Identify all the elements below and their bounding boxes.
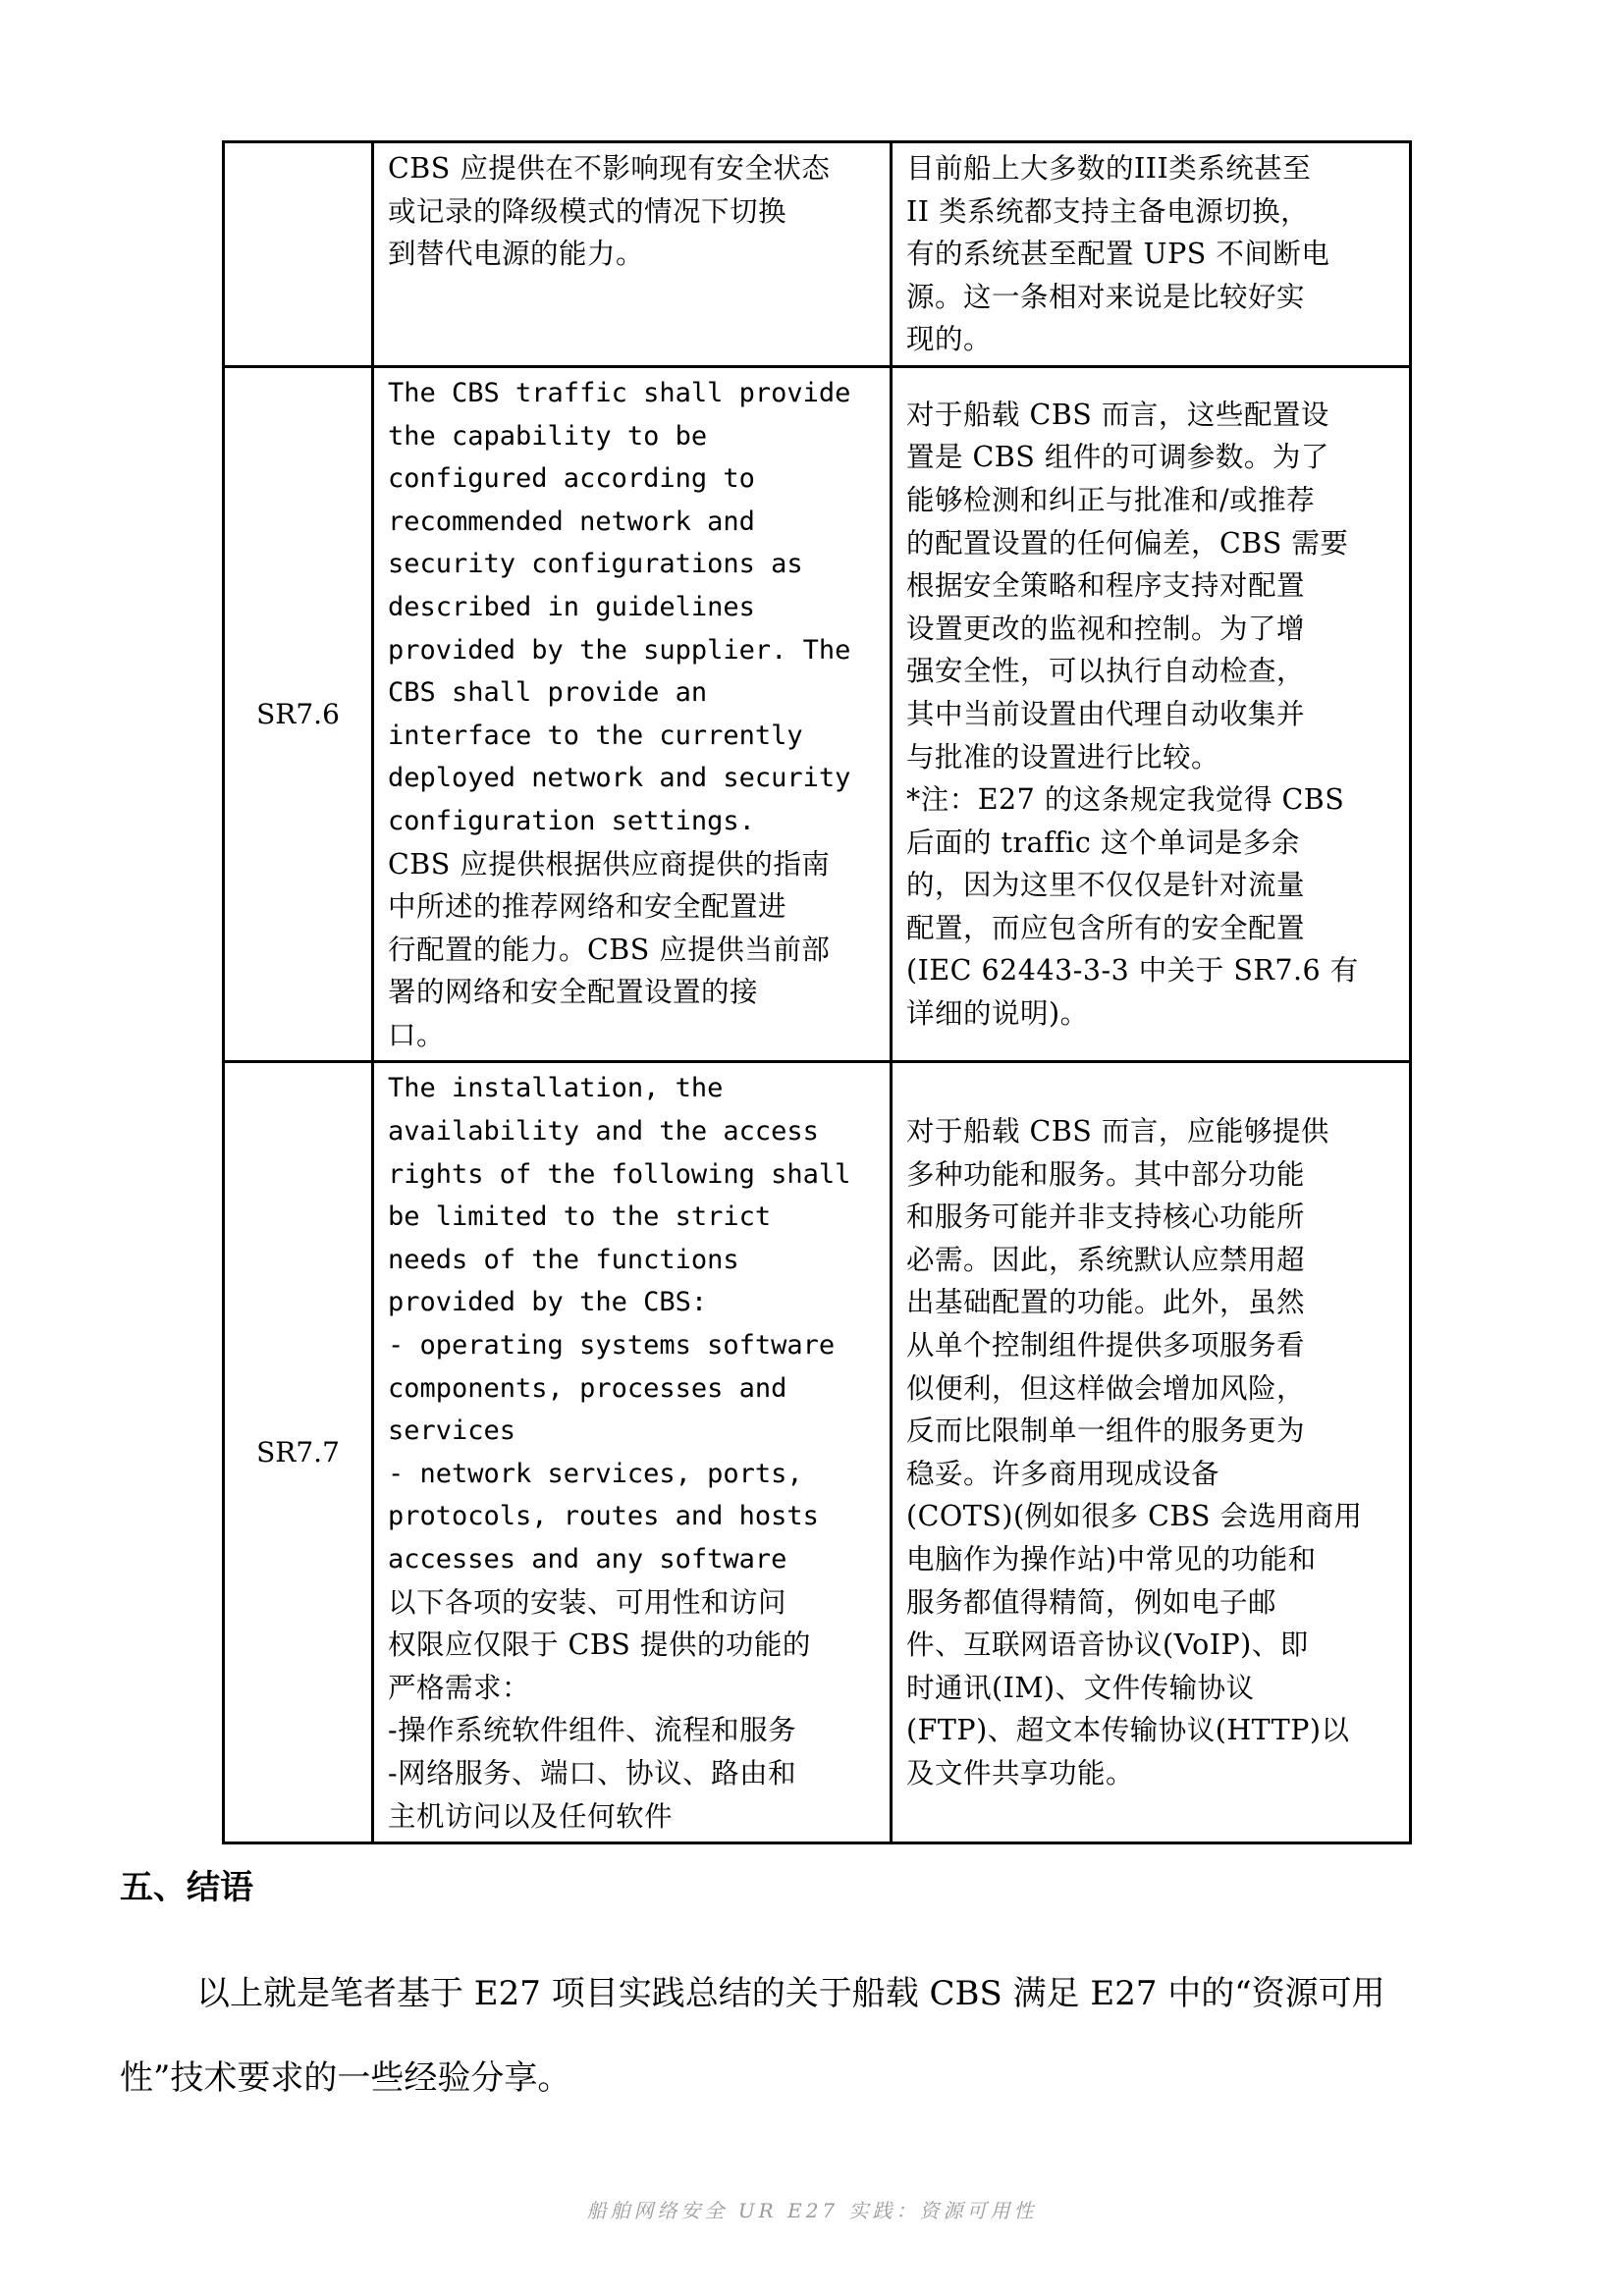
requirement-id-cell: SR7.6 (224, 366, 373, 1062)
text-line: 后面的 traffic 这个单词是多余 (906, 822, 1399, 865)
text-line: 出基础配置的功能。此外，虽然 (906, 1281, 1399, 1324)
text-line: security configurations as (388, 543, 880, 586)
text-line: (IEC 62443-3-3 中关于 SR7.6 有 (906, 949, 1399, 992)
text-line: 源。这一条相对来说是比较好实 (906, 276, 1399, 319)
text-line: rights of the following shall (388, 1153, 880, 1197)
text-line: 电脑作为操作站)中常见的功能和 (906, 1538, 1399, 1581)
table-row: SR7.6 The CBS traffic shall provide the … (224, 366, 1411, 1062)
text-line: (COTS)(例如很多 CBS 会选用商用 (906, 1495, 1399, 1538)
conclusion-paragraph: 以上就是笔者基于 E27 项目实践总结的关于船载 CBS 满足 E27 中的“资… (120, 1951, 1514, 2120)
text-line: the capability to be (388, 415, 880, 458)
text-line: components, processes and (388, 1367, 880, 1411)
text-line: 与批准的设置进行比较。 (906, 736, 1399, 779)
requirement-text: CBS 应提供在不影响现有安全状态 或记录的降级模式的情况下切换 到替代电源的能… (374, 143, 890, 280)
text-line: deployed network and security (388, 757, 880, 800)
text-line: CBS 应提供根据供应商提供的指南 (388, 843, 880, 886)
text-line: -操作系统软件组件、流程和服务 (388, 1709, 880, 1752)
text-line: CBS 应提供在不影响现有安全状态 (388, 147, 880, 190)
text-line: - operating systems software (388, 1324, 880, 1367)
text-line: 似便利，但这样做会增加风险， (906, 1367, 1399, 1411)
text-line: 件、互联网语音协议(VoIP)、即 (906, 1624, 1399, 1667)
requirement-text: The CBS traffic shall provide the capabi… (374, 368, 890, 1061)
text-line: The CBS traffic shall provide (388, 372, 880, 415)
requirements-table: CBS 应提供在不影响现有安全状态 或记录的降级模式的情况下切换 到替代电源的能… (222, 140, 1412, 1844)
requirement-text: The installation, the availability and t… (374, 1063, 890, 1842)
text-line: 多种功能和服务。其中部分功能 (906, 1153, 1399, 1197)
text-line: provided by the CBS: (388, 1281, 880, 1324)
text-line: 对于船载 CBS 而言，这些配置设 (906, 394, 1399, 437)
text-line: 对于船载 CBS 而言，应能够提供 (906, 1110, 1399, 1153)
commentary-cell: 目前船上大多数的III类系统甚至 II 类系统都支持主备电源切换， 有的系统甚至… (892, 142, 1411, 367)
text-line: 服务都值得精简，例如电子邮 (906, 1581, 1399, 1625)
text-line: 详细的说明)。 (906, 992, 1399, 1036)
text-line: 以下各项的安装、可用性和访问 (388, 1581, 880, 1625)
text-line: 和服务可能并非支持核心功能所 (906, 1196, 1399, 1239)
text-line: 署的网络和安全配置设置的接 (388, 971, 880, 1014)
text-line: services (388, 1410, 880, 1453)
text-line: provided by the supplier. The (388, 629, 880, 672)
requirement-cell: CBS 应提供在不影响现有安全状态 或记录的降级模式的情况下切换 到替代电源的能… (373, 142, 892, 367)
text-line: 目前船上大多数的III类系统甚至 (906, 147, 1399, 190)
requirement-cell: The CBS traffic shall provide the capabi… (373, 366, 892, 1062)
text-line: CBS shall provide an (388, 671, 880, 715)
text-line: 行配置的能力。CBS 应提供当前部 (388, 929, 880, 972)
text-line: 口。 (388, 1014, 880, 1057)
text-line: The installation, the (388, 1067, 880, 1110)
text-line: 能够检测和纠正与批准和/或推荐 (906, 479, 1399, 522)
text-line: 根据安全策略和程序支持对配置 (906, 564, 1399, 608)
text-line: 严格需求： (388, 1667, 880, 1710)
paragraph-line: 以上就是笔者基于 E27 项目实践总结的关于船载 CBS 满足 E27 中的“资… (120, 1951, 1514, 2036)
text-line: 强安全性，可以执行自动检查， (906, 650, 1399, 693)
text-line: 或记录的降级模式的情况下切换 (388, 190, 880, 234)
text-line: configured according to (388, 457, 880, 501)
text-line: 配置，而应包含所有的安全配置 (906, 907, 1399, 950)
text-line: 必需。因此，系统默认应禁用超 (906, 1239, 1399, 1282)
text-line: 到替代电源的能力。 (388, 233, 880, 276)
text-line: 从单个控制组件提供多项服务看 (906, 1324, 1399, 1367)
text-line: 的配置设置的任何偏差，CBS 需要 (906, 522, 1399, 565)
text-line: II 类系统都支持主备电源切换， (906, 190, 1399, 234)
requirement-id-cell (224, 142, 373, 367)
text-line: 置是 CBS 组件的可调参数。为了 (906, 436, 1399, 479)
text-line: 中所述的推荐网络和安全配置进 (388, 885, 880, 929)
text-line: 设置更改的监视和控制。为了增 (906, 608, 1399, 651)
text-line: availability and the access (388, 1110, 880, 1153)
table-row: CBS 应提供在不影响现有安全状态 或记录的降级模式的情况下切换 到替代电源的能… (224, 142, 1411, 367)
text-line: 及文件共享功能。 (906, 1752, 1399, 1795)
text-line: described in guidelines (388, 586, 880, 629)
requirement-id-cell: SR7.7 (224, 1062, 373, 1843)
text-line: 主机访问以及任何软件 (388, 1795, 880, 1839)
section-heading: 五、结语 (120, 1860, 253, 1908)
text-line: 稳妥。许多商用现成设备 (906, 1453, 1399, 1496)
text-line: -网络服务、端口、协议、路由和 (388, 1752, 880, 1795)
commentary-cell: 对于船载 CBS 而言，这些配置设 置是 CBS 组件的可调参数。为了 能够检测… (892, 366, 1411, 1062)
requirement-id: SR7.6 (256, 698, 340, 730)
text-line: interface to the currently (388, 715, 880, 758)
text-line: 时通讯(IM)、文件传输协议 (906, 1667, 1399, 1710)
commentary-text: 对于船载 CBS 而言，应能够提供 多种功能和服务。其中部分功能 和服务可能并非… (893, 1106, 1409, 1799)
paragraph-line: 性”技术要求的一些经验分享。 (120, 2036, 1514, 2120)
text-line: 其中当前设置由代理自动收集并 (906, 693, 1399, 736)
commentary-text: 对于船载 CBS 而言，这些配置设 置是 CBS 组件的可调参数。为了 能够检测… (893, 390, 1409, 1040)
text-line: 现的。 (906, 318, 1399, 361)
text-line: needs of the functions (388, 1239, 880, 1282)
text-line: 权限应仅限于 CBS 提供的功能的 (388, 1624, 880, 1667)
requirement-id: SR7.7 (256, 1436, 340, 1468)
text-line: accesses and any software (388, 1538, 880, 1581)
text-line: configuration settings. (388, 800, 880, 843)
requirement-cell: The installation, the availability and t… (373, 1062, 892, 1843)
page-footer: 船舶网络安全 UR E27 实践：资源可用性 (0, 2195, 1624, 2223)
text-line: 反而比限制单一组件的服务更为 (906, 1410, 1399, 1453)
commentary-text: 目前船上大多数的III类系统甚至 II 类系统都支持主备电源切换， 有的系统甚至… (893, 143, 1409, 365)
text-line: (FTP)、超文本传输协议(HTTP)以 (906, 1709, 1399, 1752)
table-row: SR7.7 The installation, the availability… (224, 1062, 1411, 1843)
text-line: 的，因为这里不仅仅是针对流量 (906, 864, 1399, 907)
text-line: protocols, routes and hosts (388, 1495, 880, 1538)
text-line: 有的系统甚至配置 UPS 不间断电 (906, 233, 1399, 276)
text-line: *注：E27 的这条规定我觉得 CBS (906, 778, 1399, 822)
text-line: recommended network and (388, 501, 880, 544)
text-line: be limited to the strict (388, 1196, 880, 1239)
text-line: - network services, ports, (388, 1453, 880, 1496)
commentary-cell: 对于船载 CBS 而言，应能够提供 多种功能和服务。其中部分功能 和服务可能并非… (892, 1062, 1411, 1843)
